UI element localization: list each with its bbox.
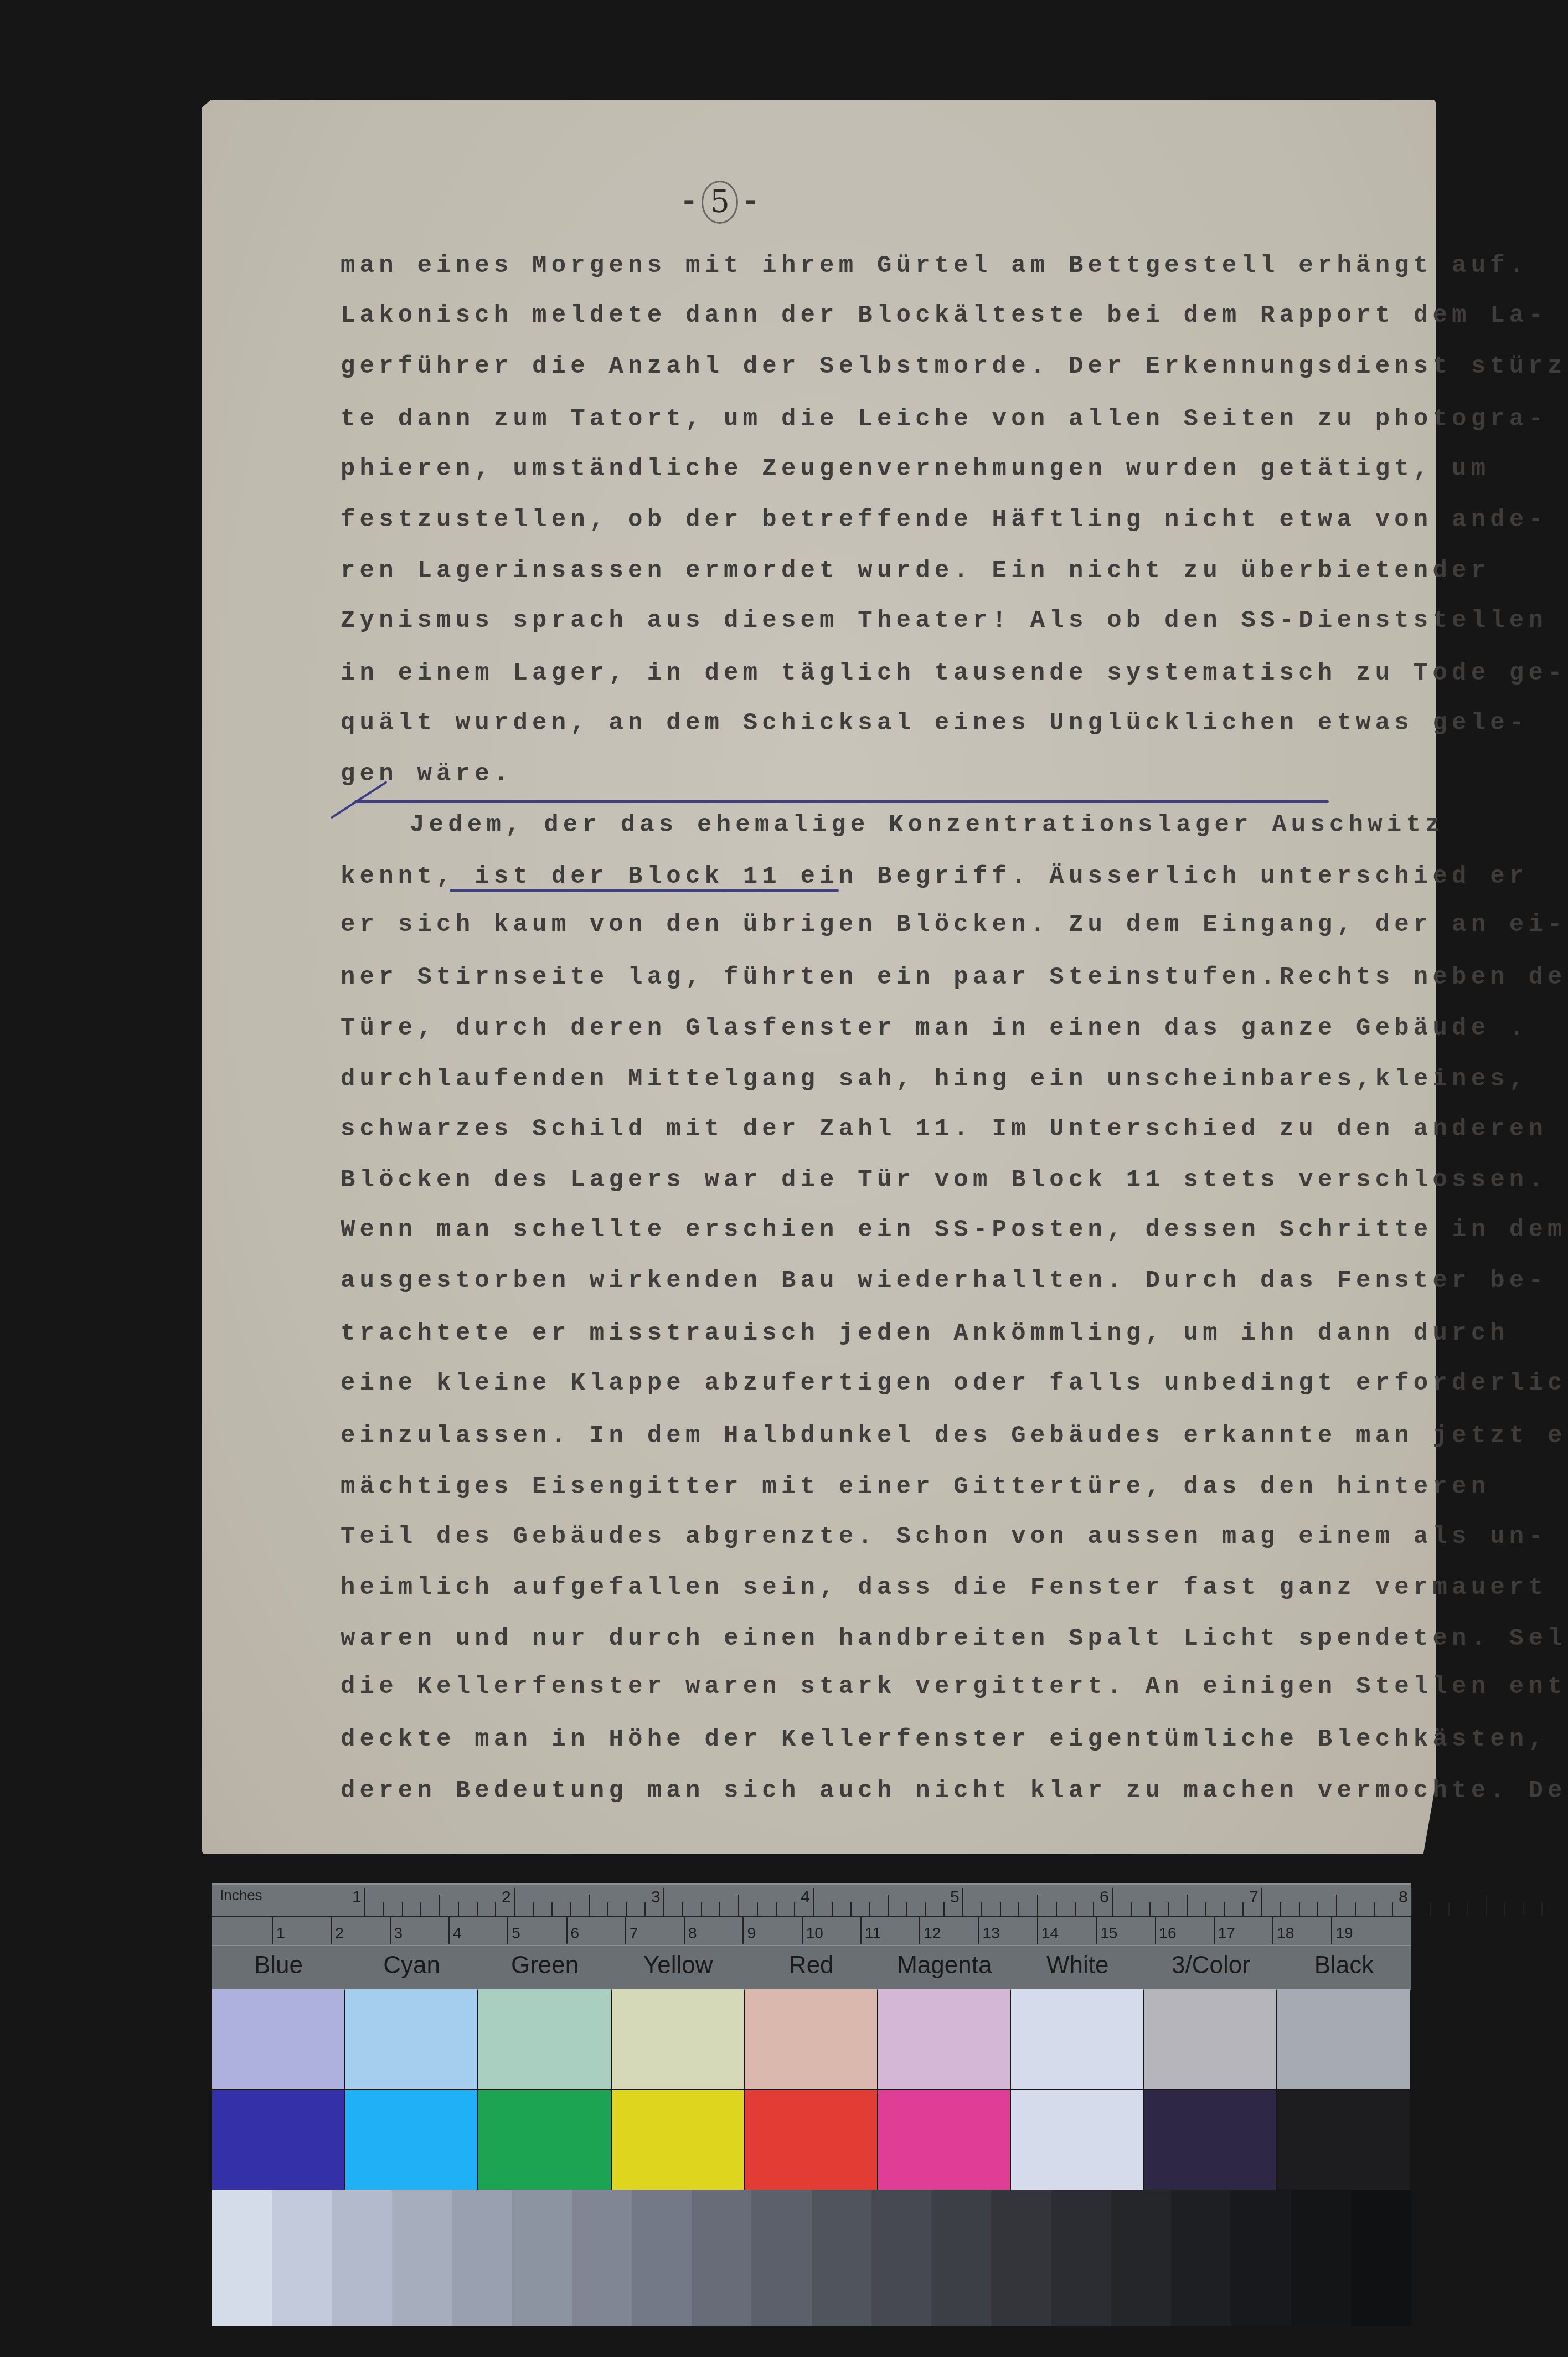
ruler-cm-tick	[684, 1917, 685, 1944]
ruler-midline	[212, 1916, 1411, 1917]
color-patch-dark	[612, 2090, 744, 2190]
ruler-minor-tick	[1486, 1895, 1487, 1916]
ruler-cm-tick	[919, 1917, 920, 1944]
ruler-minor-tick	[776, 1902, 777, 1916]
ruler-inch-tick	[962, 1888, 963, 1916]
color-patch-light	[345, 1989, 478, 2089]
ruler-minor-tick	[1242, 1902, 1244, 1916]
text-line: man eines Morgens mit ihrem Gürtel am Be…	[341, 252, 1528, 280]
text-line: heimlich aufgefallen sein, dass die Fens…	[341, 1574, 1548, 1602]
ruler-cm-label: 19	[1335, 1924, 1353, 1942]
ruler-cm-tick	[1272, 1917, 1273, 1944]
text-line: eine kleine Klappe abzufertigen oder fal…	[341, 1370, 1568, 1397]
ruler-cm-tick	[1214, 1917, 1215, 1944]
ruler-minor-tick	[925, 1902, 926, 1916]
ruler-cm-label: 9	[747, 1924, 756, 1942]
ruler-minor-tick	[607, 1902, 608, 1916]
color-patch-light	[212, 1989, 344, 2089]
text-line: ner Stirnseite lag, führten ein paar Ste…	[341, 964, 1568, 991]
ruler-minor-tick	[1000, 1902, 1001, 1916]
ruler-minor-tick	[383, 1902, 384, 1916]
ruler-inch-label: 3	[651, 1888, 661, 1907]
patch-names-row: BlueCyanGreenYellowRedMagentaWhite3/Colo…	[212, 1945, 1411, 1990]
ruler-minor-tick	[551, 1902, 553, 1916]
grayscale-step	[632, 2190, 692, 2326]
ruler-inch-tick	[364, 1888, 365, 1916]
ruler-cm-label: 7	[630, 1924, 638, 1942]
grayscale-step	[871, 2190, 932, 2326]
text-line: Blöcken des Lagers war die Tür vom Block…	[341, 1166, 1548, 1194]
grayscale-step	[332, 2190, 393, 2326]
ruler-cm-label: 12	[924, 1924, 941, 1942]
ruler-cm-label: 3	[394, 1924, 403, 1942]
ruler-inch-label: 2	[502, 1888, 511, 1907]
ruler-cm-label: 4	[453, 1924, 462, 1942]
patch-name-label: White	[1011, 1952, 1144, 1979]
text-line: festzustellen, ob der betreffende Häftli…	[341, 506, 1548, 534]
text-line: waren und nur durch einen handbreiten Sp…	[341, 1625, 1568, 1653]
grayscale-step	[692, 2190, 752, 2326]
color-patch-dark	[1011, 2090, 1143, 2190]
grayscale-step	[1291, 2190, 1352, 2326]
ruler-inch-tick	[514, 1888, 515, 1916]
ruler-cm-tick	[1096, 1917, 1097, 1944]
grayscale-step	[1171, 2190, 1231, 2326]
ruler-cm-tick	[1331, 1917, 1332, 1944]
ruler-inch-tick	[1411, 1888, 1412, 1916]
text-line: Jedem, der das ehemalige Konzentrationsl…	[410, 811, 1445, 839]
text-line: gen wäre.	[341, 760, 513, 788]
ruler-minor-tick	[1131, 1902, 1132, 1916]
ruler-minor-tick	[794, 1902, 795, 1916]
ruler-minor-tick	[1355, 1902, 1356, 1916]
ruler-minor-tick	[420, 1902, 421, 1916]
ruler-minor-tick	[906, 1902, 907, 1916]
ruler-minor-tick	[495, 1902, 496, 1916]
ruler-minor-tick	[570, 1902, 571, 1916]
ruler-inch-label: 8	[1399, 1888, 1408, 1907]
ruler-minor-tick	[1187, 1895, 1188, 1916]
ruler-cm-label: 13	[983, 1924, 1000, 1942]
color-patch-dark	[878, 2090, 1010, 2190]
ruler-cm-tick	[566, 1917, 568, 1944]
grayscale-step	[272, 2190, 332, 2326]
pen-underline-block-11	[450, 889, 839, 892]
ruler-minor-tick	[682, 1902, 683, 1916]
ruler-minor-tick	[832, 1902, 833, 1916]
color-patch-dark	[478, 2090, 611, 2190]
color-patch-light	[1011, 1989, 1143, 2089]
ruler-minor-tick	[701, 1902, 702, 1916]
ruler-cm-tick	[272, 1917, 273, 1944]
ruler-cm-label: 6	[571, 1924, 580, 1942]
color-patch-light	[612, 1989, 744, 2089]
ruler-minor-tick	[1299, 1902, 1300, 1916]
ruler-cm-tick	[331, 1917, 332, 1944]
patch-name-label: Black	[1277, 1952, 1410, 1979]
pen-section-rule	[354, 800, 1329, 803]
ruler-inch-label: 7	[1249, 1888, 1258, 1907]
ruler-cm-tick	[390, 1917, 391, 1944]
text-line: Türe, durch deren Glasfenster man in ein…	[341, 1015, 1528, 1042]
ruler-cm-tick	[1155, 1917, 1156, 1944]
page-number-dash-right: -	[741, 184, 760, 220]
grayscale-step	[512, 2190, 572, 2326]
patch-name-label: Green	[478, 1952, 611, 1979]
ruler-minor-tick	[1018, 1902, 1019, 1916]
ruler-inch-tick	[663, 1888, 664, 1916]
ruler-minor-tick	[1280, 1902, 1281, 1916]
ruler-cm-label: 5	[512, 1924, 520, 1942]
grayscale-step	[1351, 2190, 1411, 2326]
ruler-minor-tick	[943, 1902, 945, 1916]
text-line: deckte man in Höhe der Kellerfenster eig…	[341, 1726, 1548, 1753]
ruler-cm-label: 10	[806, 1924, 823, 1942]
ruler-minor-tick	[1336, 1895, 1337, 1916]
text-line: Zynismus sprach aus diesem Theater! Als …	[341, 607, 1548, 635]
color-patch-dark	[212, 2090, 344, 2190]
text-line: durchlaufenden Mittelgang sah, hing ein …	[341, 1066, 1528, 1093]
color-patch-dark	[745, 2090, 877, 2190]
ruler-cm-label: 14	[1041, 1924, 1059, 1942]
ruler-minor-tick	[1224, 1902, 1225, 1916]
grayscale-step	[991, 2190, 1051, 2326]
ruler-minor-tick	[1523, 1902, 1524, 1916]
ruler-cm-tick	[802, 1917, 803, 1944]
ruler-minor-tick	[1392, 1902, 1393, 1916]
grayscale-step	[931, 2190, 992, 2326]
color-calibration-chart: Inches 123456781234567891011121314151617…	[212, 1883, 1411, 2326]
ruler-cm-label: 16	[1159, 1924, 1177, 1942]
color-patch-light	[1277, 1989, 1410, 2089]
ruler-minor-tick	[1541, 1902, 1543, 1916]
ruler-minor-tick	[644, 1902, 646, 1916]
ruler-inch-tick	[1261, 1888, 1262, 1916]
ruler-inch-label: 1	[352, 1888, 362, 1907]
ruler-minor-tick	[981, 1902, 982, 1916]
text-line: trachtete er misstrauisch jeden Ankömmli…	[341, 1320, 1509, 1347]
text-line: einzulassen. In dem Halbdunkel des Gebäu…	[341, 1422, 1568, 1450]
text-line: schwarzes Schild mit der Zahl 11. Im Unt…	[341, 1115, 1548, 1143]
grayscale-step	[212, 2190, 272, 2326]
ruler-cm-tick	[507, 1917, 508, 1944]
ruler-minor-tick	[1093, 1902, 1094, 1916]
text-line: die Kellerfenster waren stark vergittert…	[341, 1673, 1568, 1701]
page-number-circled: 5	[702, 181, 738, 224]
ruler-inch-label: 6	[1100, 1888, 1109, 1907]
ruler-minor-tick	[458, 1902, 459, 1916]
patch-name-label: Blue	[212, 1952, 345, 1979]
ruler: Inches 123456781234567891011121314151617…	[212, 1883, 1411, 1947]
ruler-minor-tick	[738, 1895, 739, 1916]
ruler-inch-label: 4	[801, 1888, 810, 1907]
ruler-minor-tick	[1037, 1895, 1038, 1916]
ruler-minor-tick	[1149, 1902, 1151, 1916]
ruler-minor-tick	[589, 1895, 590, 1916]
text-line: mächtiges Eisengitter mit einer Gittertü…	[341, 1473, 1490, 1501]
color-patch-light	[1144, 1989, 1277, 2089]
ruler-minor-tick	[626, 1902, 627, 1916]
text-line: ren Lagerinsassen ermordet wurde. Ein ni…	[341, 557, 1490, 585]
ruler-minor-tick	[477, 1902, 478, 1916]
patch-name-label: 3/Color	[1144, 1952, 1277, 1979]
ruler-minor-tick	[402, 1902, 403, 1916]
ruler-cm-label: 8	[688, 1924, 697, 1942]
color-patch-dark	[1277, 2090, 1410, 2190]
ruler-cm-tick	[860, 1917, 862, 1944]
ruler-minor-tick	[757, 1902, 758, 1916]
ruler-unit-label: Inches	[220, 1887, 262, 1904]
ruler-minor-tick	[1056, 1902, 1057, 1916]
ruler-cm-label: 17	[1218, 1924, 1235, 1942]
ruler-minor-tick	[869, 1902, 870, 1916]
ruler-cm-tick	[742, 1917, 744, 1944]
color-patch-light	[878, 1989, 1010, 2089]
ruler-cm-label: 11	[865, 1924, 881, 1942]
color-patch-dark	[345, 2090, 478, 2190]
ruler-cm-label: 15	[1100, 1924, 1117, 1942]
patch-name-label: Yellow	[612, 1952, 745, 1979]
ruler-minor-tick	[439, 1895, 440, 1916]
ruler-cm-tick	[1037, 1917, 1038, 1944]
color-patch-light	[478, 1989, 611, 2089]
text-line: quält wurden, an dem Schicksal eines Ung…	[341, 709, 1528, 737]
ruler-minor-tick	[1317, 1902, 1318, 1916]
text-line: Wenn man schellte erschien ein SS-Posten…	[341, 1216, 1567, 1244]
ruler-cm-tick	[448, 1917, 450, 1944]
text-line: er sich kaum von den übrigen Blöcken. Zu…	[341, 911, 1567, 939]
page-number: - 5 -	[675, 177, 764, 227]
ruler-cm-label: 18	[1277, 1924, 1294, 1942]
grayscale-step	[572, 2190, 632, 2326]
text-line: Teil des Gebäudes abgrenzte. Schon von a…	[341, 1523, 1548, 1551]
grayscale-step	[1231, 2190, 1291, 2326]
ruler-minor-tick	[888, 1895, 889, 1916]
ruler-cm-label: 2	[335, 1924, 344, 1942]
ruler-minor-tick	[850, 1902, 852, 1916]
grayscale-step	[812, 2190, 872, 2326]
ruler-minor-tick	[1374, 1902, 1375, 1916]
grayscale-step	[751, 2190, 812, 2326]
text-line: phieren, umständliche Zeugenvernehmungen…	[341, 455, 1490, 483]
text-line: ausgestorben wirkenden Bau wiederhallten…	[341, 1267, 1548, 1295]
grayscale-step	[452, 2190, 512, 2326]
grayscale-step	[1051, 2190, 1112, 2326]
ruler-minor-tick	[1467, 1902, 1468, 1916]
text-line: in einem Lager, in dem täglich tausende …	[341, 660, 1567, 687]
ruler-minor-tick	[719, 1902, 720, 1916]
ruler-inch-label: 5	[950, 1888, 960, 1907]
ruler-minor-tick	[1430, 1902, 1431, 1916]
ruler-minor-tick	[1168, 1902, 1169, 1916]
ruler-minor-tick	[1504, 1902, 1505, 1916]
grayscale-step	[392, 2190, 452, 2326]
color-patch-dark	[1144, 2090, 1277, 2190]
ruler-minor-tick	[1075, 1902, 1076, 1916]
ruler-minor-tick	[533, 1902, 534, 1916]
text-line: gerführer die Anzahl der Selbstmorde. De…	[341, 353, 1568, 380]
ruler-inch-tick	[1112, 1888, 1113, 1916]
text-line: Lakonisch meldete dann der Blockälteste …	[341, 302, 1548, 330]
ruler-cm-tick	[978, 1917, 979, 1944]
color-patch-light	[745, 1989, 877, 2089]
ruler-inch-tick	[813, 1888, 814, 1916]
ruler-cm-tick	[625, 1917, 626, 1944]
ruler-cm-label: 1	[276, 1924, 285, 1942]
ruler-minor-tick	[1448, 1902, 1450, 1916]
ruler-minor-tick	[1205, 1902, 1206, 1916]
page-number-dash-left: -	[679, 184, 698, 220]
patch-name-label: Cyan	[345, 1952, 478, 1979]
patch-name-label: Magenta	[878, 1952, 1011, 1979]
grayscale-step	[1111, 2190, 1172, 2326]
patch-name-label: Red	[745, 1952, 878, 1979]
text-line: kennt, ist der Block 11 ein Begriff. Äus…	[341, 863, 1528, 891]
text-line: deren Bedeutung man sich auch nicht klar…	[341, 1777, 1568, 1805]
text-line: te dann zum Tatort, um die Leiche von al…	[341, 405, 1548, 433]
